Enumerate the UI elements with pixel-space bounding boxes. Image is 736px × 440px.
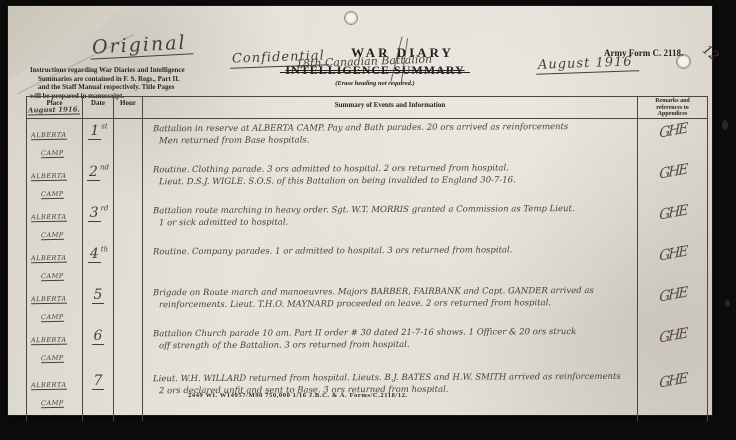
summary-line: off strength of the Battalion. 3 ors ret…	[159, 338, 633, 352]
table-header-row: Place August 1916. Date Hour Summary of …	[26, 97, 708, 119]
handwritten-date-suffix: th	[101, 246, 108, 254]
remarks-header-line: Appendices	[638, 111, 707, 118]
summary-cell: Routine. Clothing parade. 3 ors admitted…	[143, 160, 638, 201]
printer-imprint: 2449 Wt. W14957/M90 750,000 1/16 J.B.C. …	[188, 392, 408, 399]
erase-heading-note: (Erase heading not required.)	[290, 80, 460, 87]
place-cell: Alberta Camp	[26, 283, 83, 324]
col-header-hour: Hour	[114, 97, 143, 118]
handwritten-date: 4	[88, 247, 101, 263]
handwritten-place-month: August 1916.	[28, 105, 80, 116]
handwritten-initials: GHE	[659, 284, 687, 305]
handwritten-place: Camp	[41, 190, 64, 199]
table-row: Alberta Camp 1st Battalion in reserve at…	[26, 119, 708, 160]
hour-cell	[114, 369, 143, 421]
place-cell: Alberta Camp	[26, 119, 83, 160]
hour-cell	[114, 201, 143, 242]
date-cell: 3rd	[83, 201, 114, 242]
handwritten-date-suffix: rd	[101, 205, 109, 213]
instruction-line: and the Staff Manual respectively. Title…	[38, 83, 260, 92]
instruction-line: Summaries are contained in F. S. Regs., …	[38, 75, 260, 84]
handwritten-date-suffix: nd	[100, 164, 109, 172]
handwritten-place: Camp	[41, 399, 64, 408]
col-header-date: Date	[83, 97, 114, 118]
handwritten-place: Camp	[41, 272, 64, 281]
handwritten-date: 1	[88, 124, 101, 140]
handwritten-place: Camp	[41, 231, 64, 240]
handwritten-initials: GHE	[659, 120, 687, 141]
date-cell: 5	[83, 283, 114, 324]
remarks-cell: GHE	[638, 160, 708, 201]
date-cell: 6	[83, 324, 114, 369]
handwritten-date: 6	[92, 329, 105, 345]
summary-cell: Battalion Church parade 10 am. Part II o…	[143, 324, 638, 369]
remarks-cell: GHE	[638, 283, 708, 324]
table-row: Alberta Camp 4th Routine. Company parade…	[26, 242, 708, 283]
remarks-cell: GHE	[638, 324, 708, 369]
handwritten-place: Alberta	[31, 381, 67, 391]
table-row: Alberta Camp 3rd Battalion route marchin…	[26, 201, 708, 242]
handwritten-initials: GHE	[659, 202, 687, 223]
handwritten-initials: GHE	[659, 325, 687, 346]
col-header-place: Place August 1916.	[26, 97, 83, 118]
hour-cell	[114, 283, 143, 324]
remarks-cell: GHE	[638, 201, 708, 242]
handwritten-place: Camp	[41, 313, 64, 322]
summary-line: reinforcements. Lieut. T.H.O. MAYNARD pr…	[159, 297, 633, 311]
summary-cell: Routine. Company parades. 1 or admitted …	[143, 242, 638, 283]
hour-cell	[114, 160, 143, 201]
diary-table: Place August 1916. Date Hour Summary of …	[26, 96, 708, 421]
handwritten-place: Alberta	[31, 131, 67, 141]
place-cell: Alberta Camp	[26, 369, 83, 421]
handwritten-initials: GHE	[659, 161, 687, 182]
handwritten-initials: GHE	[659, 370, 687, 391]
document-paper: Instructions regarding War Diaries and I…	[8, 6, 712, 415]
handwritten-original: Original	[89, 31, 193, 59]
date-cell: 7	[83, 369, 114, 421]
handwritten-corner-mark: 12	[699, 42, 721, 64]
place-cell: Alberta Camp	[26, 324, 83, 369]
handwritten-place: Camp	[41, 149, 64, 158]
handwritten-place: Alberta	[31, 295, 67, 305]
scan-noise	[722, 120, 728, 130]
summary-line: 1 or sick admitted to hospital.	[159, 215, 633, 229]
table-row: Alberta Camp 5 Brigade on Route march an…	[26, 283, 708, 324]
diary-rows: Alberta Camp 1st Battalion in reserve at…	[26, 119, 708, 421]
handwritten-date-suffix: st	[101, 123, 107, 131]
table-row: Alberta Camp 2nd Routine. Clothing parad…	[26, 160, 708, 201]
col-header-remarks: Remarks and references to Appendices	[638, 97, 708, 118]
table-row: Alberta Camp 6 Battalion Church parade 1…	[26, 324, 708, 369]
summary-cell: Battalion route marching in heavy order.…	[143, 201, 638, 242]
instruction-line: Instructions regarding War Diaries and I…	[30, 66, 260, 75]
handwritten-place: Camp	[41, 354, 64, 363]
handwritten-date: 5	[92, 288, 105, 304]
hour-cell	[114, 119, 143, 160]
handwritten-date: 3	[88, 206, 101, 222]
summary-line: Routine. Company parades. 1 or admitted …	[153, 244, 633, 259]
col-header-summary: Summary of Events and Information	[143, 97, 638, 118]
date-cell: 4th	[83, 242, 114, 283]
summary-cell: Battalion in reserve at ALBERTA CAMP. Pa…	[143, 119, 638, 160]
summary-line: Men returned from Base hospitals.	[159, 133, 633, 147]
place-cell: Alberta Camp	[26, 160, 83, 201]
place-cell: Alberta Camp	[26, 201, 83, 242]
hour-cell	[114, 242, 143, 283]
handwritten-initials: GHE	[659, 243, 687, 264]
handwritten-month: August 1916	[536, 54, 639, 75]
scanned-war-diary-page: { "header": { "original": "Original", "c…	[0, 0, 736, 440]
hour-cell	[114, 324, 143, 369]
date-cell: 2nd	[83, 160, 114, 201]
summary-cell: Brigade on Route march and manoeuvres. M…	[143, 283, 638, 324]
remarks-cell: GHE	[638, 369, 708, 421]
handwritten-date: 2	[87, 165, 100, 181]
handwritten-place: Alberta	[31, 254, 67, 264]
scan-noise	[725, 300, 730, 307]
handwritten-place: Alberta	[31, 213, 67, 223]
remarks-cell: GHE	[638, 242, 708, 283]
hole-punch	[344, 11, 358, 25]
date-cell: 1st	[83, 119, 114, 160]
handwritten-date: 7	[92, 374, 105, 390]
remarks-cell: GHE	[638, 119, 708, 160]
place-cell: Alberta Camp	[26, 242, 83, 283]
summary-line: Lieut. D.S.J. WIGLE. S.O.S. of this Batt…	[159, 174, 633, 188]
form-instructions: Instructions regarding War Diaries and I…	[30, 66, 260, 100]
handwritten-place: Alberta	[31, 172, 67, 182]
handwritten-place: Alberta	[31, 336, 67, 346]
